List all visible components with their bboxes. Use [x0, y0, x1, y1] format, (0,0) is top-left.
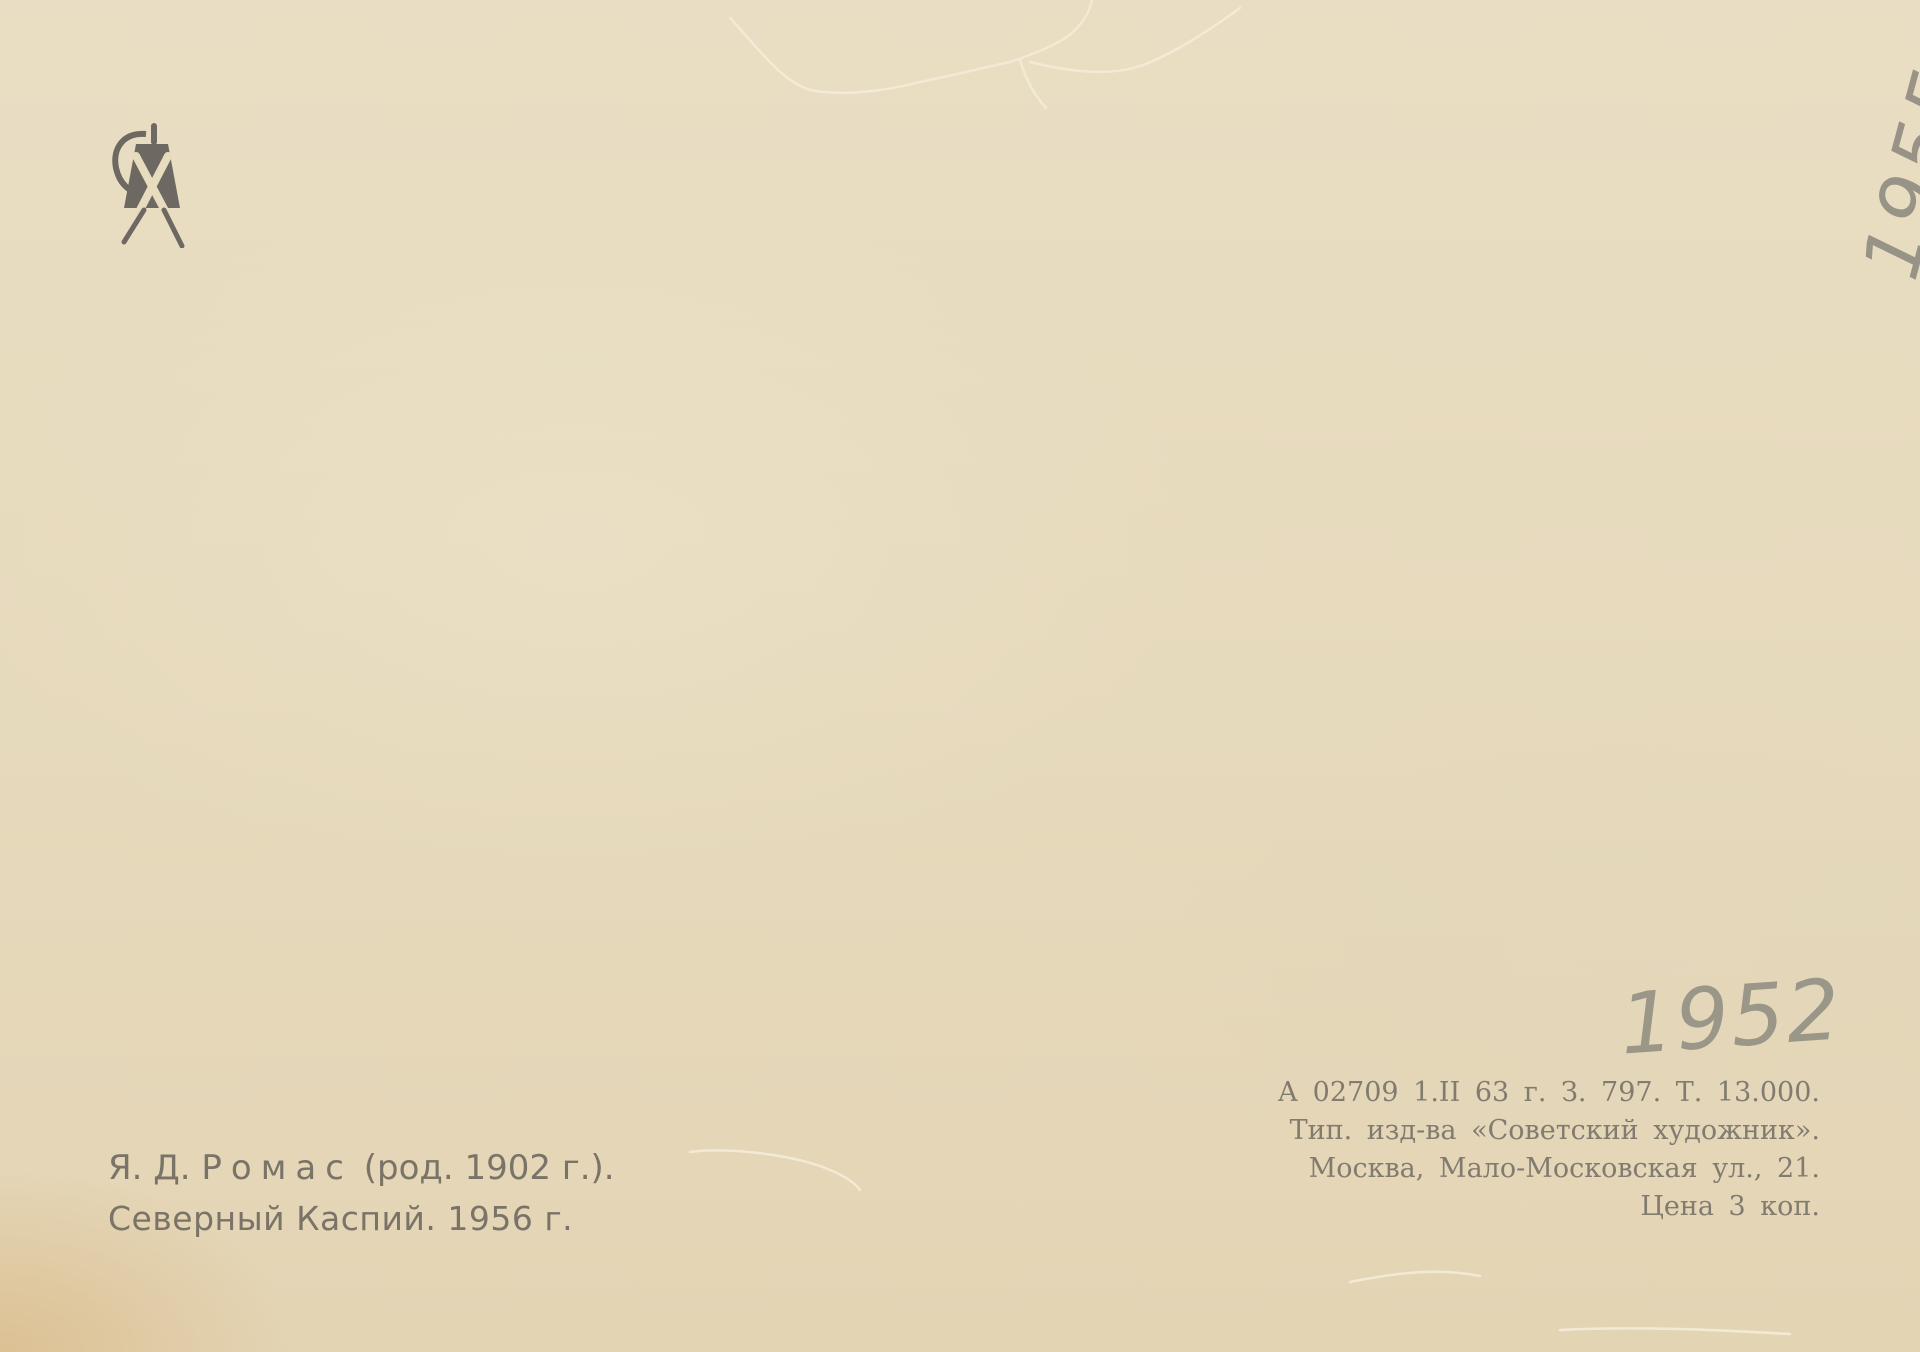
artist-surname: Ромас: [201, 1148, 352, 1188]
handwritten-year-1952: 1952: [1617, 960, 1845, 1073]
imprint-line-publisher: Тип. изд-ва «Советский художник».: [1278, 1112, 1820, 1150]
imprint-line-order: А 02709 1.II 63 г. З. 797. Т. 13.000.: [1278, 1074, 1820, 1112]
artist-initials: Я. Д.: [108, 1148, 191, 1188]
imprint-line-address: Москва, Мало-Московская ул., 21.: [1278, 1150, 1820, 1188]
imprint-line-price: Цена 3 коп.: [1278, 1188, 1820, 1226]
publisher-logo-icon: [106, 116, 196, 248]
artwork-title: Северный Каспий. 1956 г.: [108, 1194, 615, 1244]
artwork-caption: Я. Д. Ромас (род. 1902 г.). Северный Кас…: [108, 1142, 615, 1244]
artist-birth: (род. 1902 г.).: [364, 1148, 615, 1188]
artist-line: Я. Д. Ромас (род. 1902 г.).: [108, 1142, 615, 1194]
printer-imprint: А 02709 1.II 63 г. З. 797. Т. 13.000. Ти…: [1278, 1074, 1820, 1226]
